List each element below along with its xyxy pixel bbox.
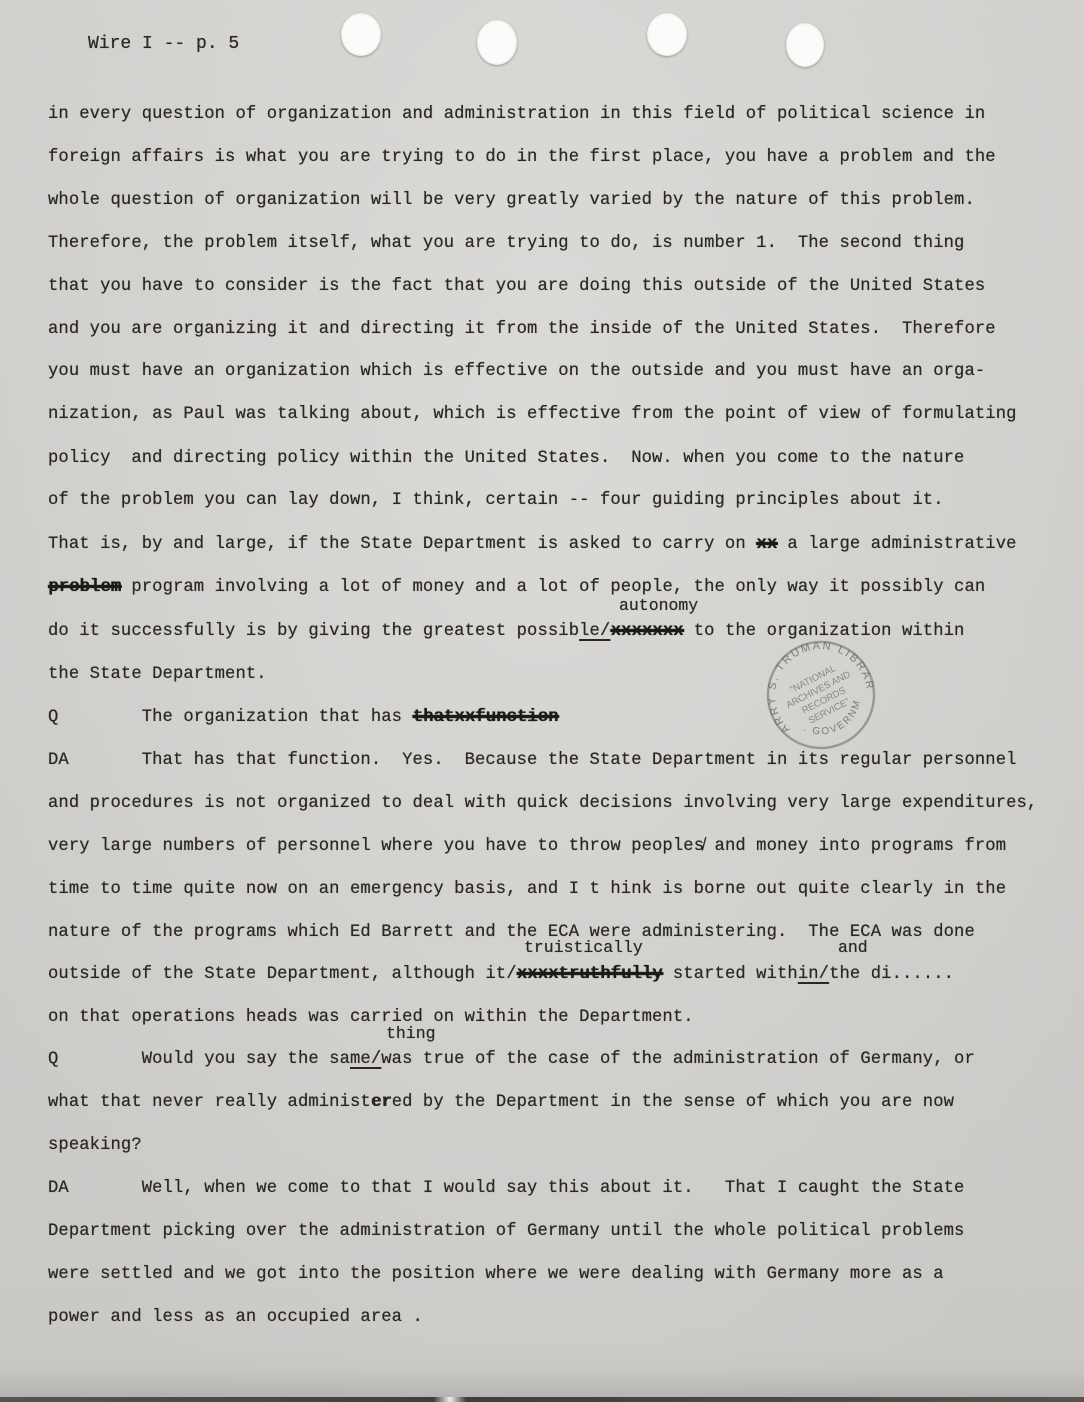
text-segment: you must have an organization which is e… [48, 362, 985, 381]
text-segment: program involving a lot of money and a l… [121, 578, 985, 597]
typewritten-line: foreign affairs is what you are trying t… [48, 148, 996, 167]
typewritten-line: time to time quite now on an emergency b… [48, 880, 1006, 899]
text-segment: were settled and we got into the positio… [48, 1265, 944, 1284]
text-segment: speaking? [48, 1136, 142, 1155]
text-segment: the di...... [829, 965, 954, 984]
typewritten-line: were settled and we got into the positio… [48, 1265, 944, 1284]
text-segment: ed by the Department in the sense of whi… [392, 1093, 954, 1112]
text-segment: power and less as an occupied area . [48, 1308, 423, 1327]
typewritten-line: very large numbers of personnel where yo… [48, 837, 1006, 856]
text-segment: me/ [350, 1050, 381, 1069]
interline-insertion: and [838, 938, 868, 957]
struck-text: xxxxxxx [610, 622, 683, 641]
text-segment: was true of the case of the administrati… [381, 1050, 975, 1069]
text-segment: a large administrative [777, 535, 1017, 554]
typewritten-line: Department picking over the administrati… [48, 1222, 964, 1241]
text-segment: that you have to consider is the fact th… [48, 277, 985, 296]
text-segment: the State Department. [48, 665, 267, 684]
text-segment: and procedures is not organized to deal … [48, 794, 1037, 813]
punch-hole [477, 20, 517, 65]
text-segment: outside of the State Department, althoug… [48, 965, 517, 984]
text-segment: foreign affairs is what you are trying t… [48, 148, 996, 167]
text-segment: nature of the programs which Ed Barrett … [48, 923, 975, 942]
typewritten-line: policy and directing policy within the U… [48, 449, 964, 468]
typewritten-line: DA Well, when we come to that I would sa… [48, 1179, 964, 1198]
typewritten-line: of the problem you can lay down, I think… [48, 491, 944, 510]
typewritten-line: and procedures is not organized to deal … [48, 794, 1037, 813]
text-segment: Q The organization that has [48, 708, 413, 727]
typewritten-line: nization, as Paul was talking about, whi… [48, 405, 1017, 424]
text-segment: started with [662, 965, 797, 984]
punch-hole [786, 23, 824, 67]
text-segment: in every question of organization and ad… [48, 105, 985, 124]
interline-insertion: autonomy [619, 596, 698, 615]
struck-text: xx [756, 535, 777, 554]
typewritten-line: whole question of organization will be v… [48, 191, 975, 210]
typewritten-line: Q Would you say the same/was true of the… [48, 1050, 975, 1069]
text-segment: Therefore, the problem itself, what you … [48, 234, 964, 253]
text-segment: and money into programs from [704, 837, 1006, 856]
text-segment: do it successfully is by giving the grea… [48, 622, 579, 641]
text-segment: nization, as Paul was talking about, whi… [48, 405, 1017, 424]
struck-text: problem [48, 578, 121, 597]
text-segment: policy and directing policy within the U… [48, 449, 964, 468]
typewritten-line: nature of the programs which Ed Barrett … [48, 923, 975, 942]
text-segment: what that never really administ [48, 1093, 371, 1112]
text-segment: time to time quite now on an emergency b… [48, 880, 1006, 899]
interline-insertion: thing [386, 1024, 436, 1043]
typewritten-line: That is, by and large, if the State Depa… [48, 535, 1017, 554]
text-segment: le/ [579, 622, 610, 641]
page-header: Wire I -- p. 5 [88, 34, 239, 54]
typewritten-line: power and less as an occupied area . [48, 1308, 423, 1327]
text-segment: Q Would you say the sa [48, 1050, 350, 1069]
text-segment: s̸ [694, 837, 704, 856]
punch-hole [341, 13, 381, 56]
page-bottom-shading [0, 1369, 1084, 1397]
text-segment: DA Well, when we come to that I would sa… [48, 1179, 964, 1198]
typewritten-line: speaking? [48, 1136, 142, 1155]
text-segment: and you are organizing it and directing … [48, 320, 996, 339]
archives-stamp-graphic: HARRY S. TRUMAN LIBRARY U. S. GOVERNMENT… [746, 620, 896, 770]
typewritten-line: the State Department. [48, 665, 267, 684]
typewritten-line: that you have to consider is the fact th… [48, 277, 985, 296]
text-segment: on that operations heads was carried on … [48, 1008, 694, 1027]
text-segment: in/ [798, 965, 829, 984]
interline-insertion: truistically [524, 938, 643, 957]
punch-hole [647, 13, 687, 56]
text-segment: very large numbers of personnel where yo… [48, 837, 694, 856]
page-bottom-edge [0, 1397, 1084, 1402]
typewritten-line: problem program involving a lot of money… [48, 578, 985, 597]
typewritten-line: Therefore, the problem itself, what you … [48, 234, 964, 253]
typewritten-line: outside of the State Department, althoug… [48, 965, 954, 984]
text-segment: er [371, 1093, 392, 1112]
typewritten-line: and you are organizing it and directing … [48, 320, 996, 339]
archives-stamp: HARRY S. TRUMAN LIBRARY U. S. GOVERNMENT… [746, 620, 896, 770]
typewritten-line: what that never really administered by t… [48, 1093, 954, 1112]
struck-text: xxxxtruthfully [517, 965, 663, 984]
text-segment: whole question of organization will be v… [48, 191, 975, 210]
typewritten-line: in every question of organization and ad… [48, 105, 985, 124]
typewritten-line: Q The organization that has thatxxfuncti… [48, 708, 558, 727]
scanned-document-page: { "page": { "header": "Wire I -- p. 5", … [0, 0, 1084, 1402]
text-segment: Department picking over the administrati… [48, 1222, 964, 1241]
struck-text: thatxxfunction [413, 708, 559, 727]
typewritten-line: you must have an organization which is e… [48, 362, 985, 381]
typewritten-line: on that operations heads was carried on … [48, 1008, 694, 1027]
text-segment: That is, by and large, if the State Depa… [48, 535, 756, 554]
text-segment: of the problem you can lay down, I think… [48, 491, 944, 510]
